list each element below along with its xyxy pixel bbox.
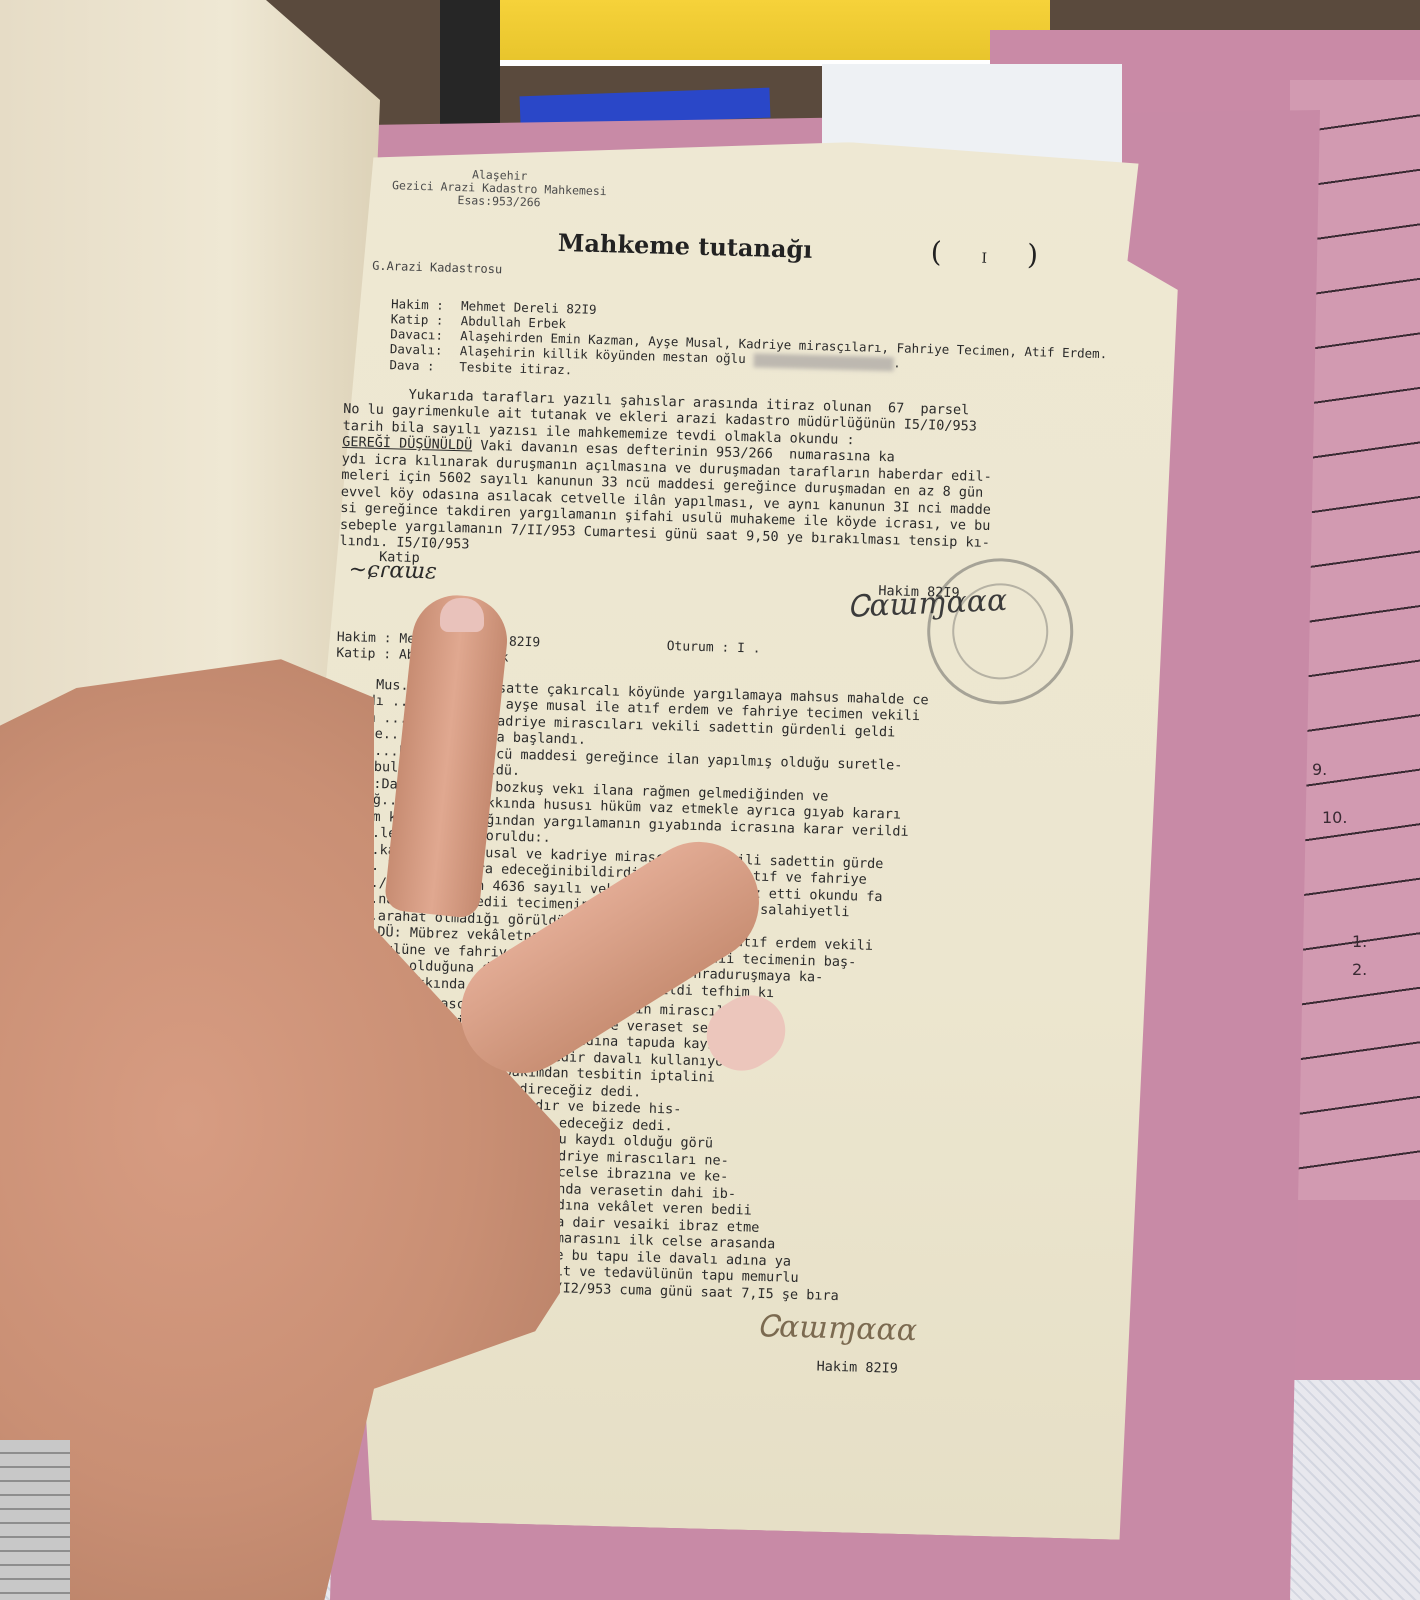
final-hakim-label: Hakim 82I9: [816, 1358, 898, 1376]
decision-text: Vaki davanın esas defterinin 953/266 num…: [339, 438, 992, 553]
title-number-value: I: [981, 251, 987, 267]
yellow-folder: [490, 0, 1050, 66]
katip-signature: ~ɕɾɑɯɛ: [348, 562, 437, 580]
paragraph-decision: GEREĞİ DÜŞÜNÜLDÜ Vaki davanın esas defte…: [339, 434, 1122, 571]
photo-scene: 9. 10. 1. 2. Alaşehir Gezici Arazi Kadas…: [0, 0, 1420, 1600]
court-header: Alaşehir Gezici Arazi Kadastro Mahkemesi…: [369, 166, 630, 212]
ledger-number: 9.: [1312, 760, 1327, 779]
ledger-number: 1.: [1352, 932, 1367, 951]
title-text: Mahkeme tutanağı: [558, 228, 813, 264]
court-stamp: [925, 556, 1075, 706]
final-hakim-signature: Ꮯɑɯɱɑɑɑ: [758, 1318, 918, 1338]
dark-binder: [440, 0, 500, 140]
party-value: Tesbite itiraz.: [459, 359, 572, 377]
party-label: Dava :: [389, 357, 459, 374]
ledger-number: 10.: [1322, 808, 1347, 827]
session-number: Oturum : I .: [666, 639, 760, 658]
title-number: (I): [930, 244, 1038, 268]
parties-list: Hakim :Mehmet Dereli 82I9 Katip :Abdulla…: [389, 296, 1126, 392]
index-fingernail: [440, 598, 484, 632]
wristwatch-band: [0, 1440, 70, 1600]
ledger-number: 2.: [1352, 960, 1367, 979]
hakim-signature: Ꮯɑɯɱɑɑɑ: [848, 592, 1008, 615]
